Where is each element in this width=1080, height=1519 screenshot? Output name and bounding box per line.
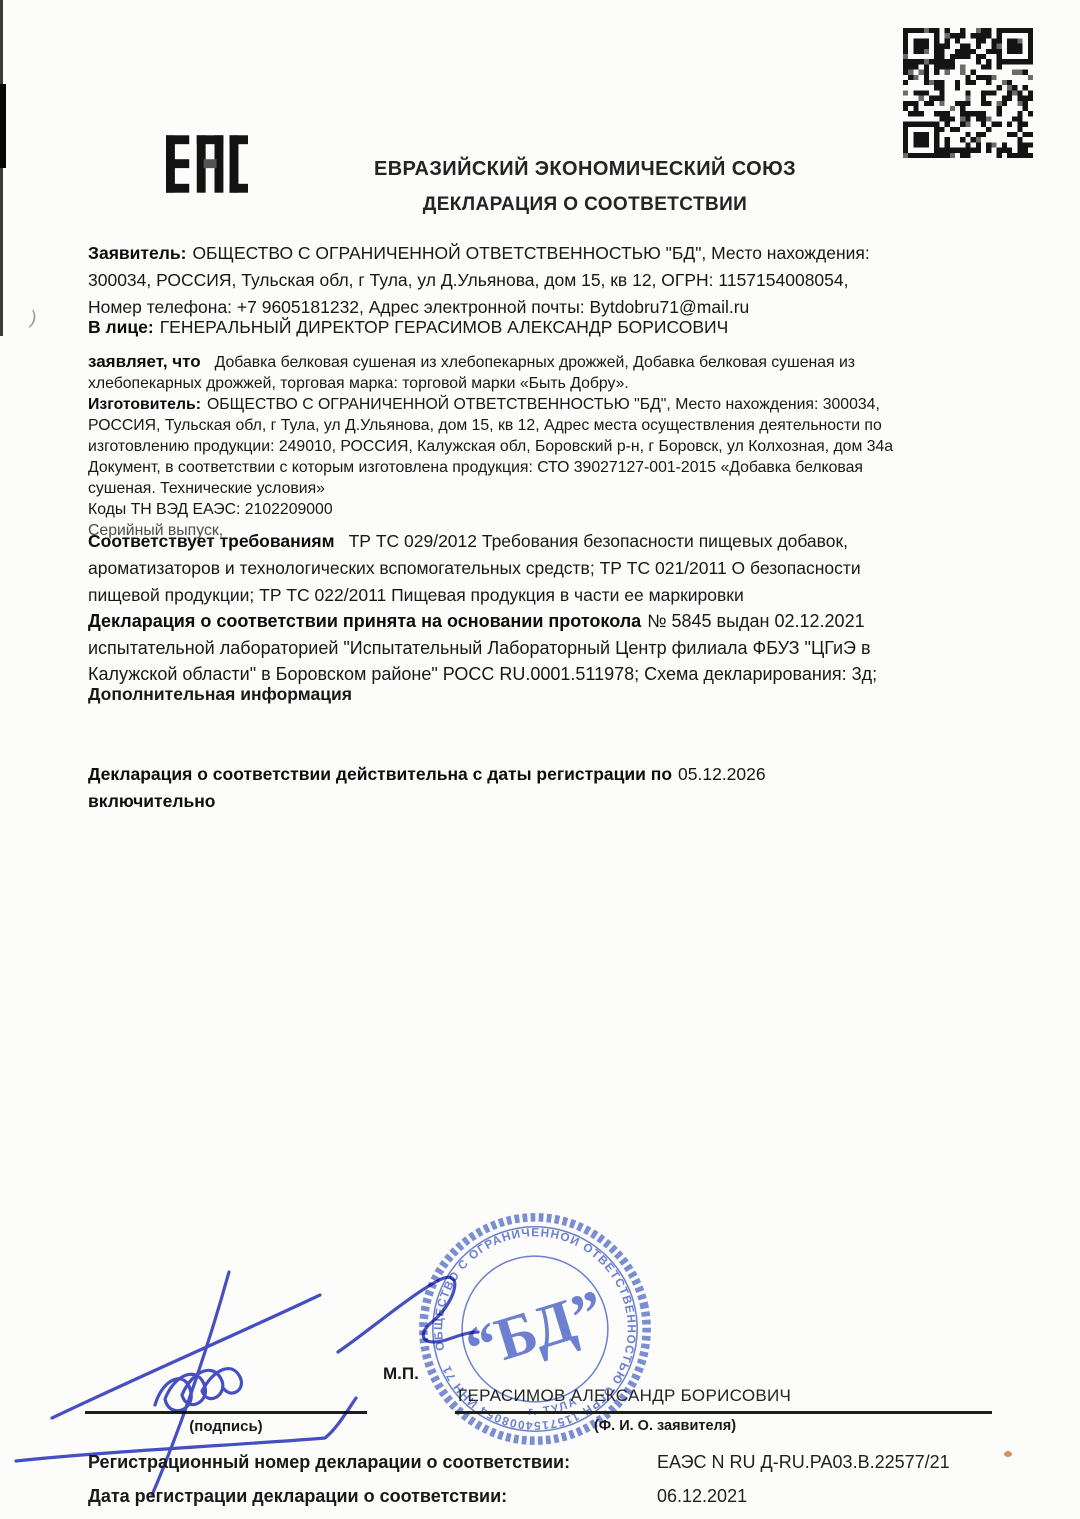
declarant-name: ГЕРАСИМОВ АЛЕКСАНДР БОРИСОВИЧ xyxy=(458,1386,1018,1406)
declares-label: заявляет, что xyxy=(88,352,201,371)
scan-speck xyxy=(1004,1451,1012,1457)
person-paragraph: В лице:ГЕНЕРАЛЬНЫЙ ДИРЕКТОР ГЕРАСИМОВ АЛ… xyxy=(88,314,988,340)
tnved-codes-line: Коды ТН ВЭД ЕАЭС: 2102209000 xyxy=(88,499,904,520)
basis-label: Декларация о соответствии принята на осн… xyxy=(88,611,641,631)
registration-number-value: ЕАЭС N RU Д-RU.РА03.В.22577/21 xyxy=(657,1452,950,1473)
basis-paragraph: Декларация о соответствии принята на осн… xyxy=(88,608,888,688)
product-line: заявляет, чтоДобавка белковая сушеная из… xyxy=(88,351,904,394)
additional-info-label: Дополнительная информация xyxy=(88,684,988,705)
conformity-paragraph: Соответствует требованиямТР ТС 029/2012 … xyxy=(88,528,933,609)
document-subtitle: ДЕКЛАРАЦИЯ О СООТВЕТСТВИИ xyxy=(90,194,1080,216)
handwritten-signature xyxy=(0,1248,520,1519)
applicant-paragraph: Заявитель:ОБЩЕСТВО С ОГРАНИЧЕННОЙ ОТВЕТС… xyxy=(88,240,900,321)
scan-edge-artifact xyxy=(0,0,3,336)
manufacturer-text: ОБЩЕСТВО С ОГРАНИЧЕННОЙ ОТВЕТСТВЕННОСТЬЮ… xyxy=(88,396,893,455)
validity-label: Декларация о соответствии действительна … xyxy=(88,764,672,784)
production-document-line: Документ, в соответствии с которым изгот… xyxy=(88,457,904,499)
person-label: В лице: xyxy=(88,317,154,337)
qr-code xyxy=(903,28,1033,158)
declaration-subject-block: заявляет, чтоДобавка белковая сушеная из… xyxy=(88,351,904,541)
registration-date-value: 06.12.2021 xyxy=(657,1486,747,1507)
registration-date-label: Дата регистрации декларации о соответств… xyxy=(88,1486,507,1507)
validity-paragraph: Декларация о соответствии действительна … xyxy=(88,761,868,815)
person-text: ГЕНЕРАЛЬНЫЙ ДИРЕКТОР ГЕРАСИМОВ АЛЕКСАНДР… xyxy=(160,317,729,337)
applicant-text: ОБЩЕСТВО С ОГРАНИЧЕННОЙ ОТВЕТСТВЕННОСТЬЮ… xyxy=(88,243,870,317)
registration-number-label: Регистрационный номер декларации о соотв… xyxy=(88,1452,570,1473)
scan-edge-artifact-dark xyxy=(0,84,6,168)
validity-date: 05.12.2026 xyxy=(678,764,766,784)
conformity-label: Соответствует требованиям xyxy=(88,531,335,551)
validity-suffix: включительно xyxy=(88,788,868,815)
applicant-label: Заявитель: xyxy=(88,243,186,263)
manufacturer-line: Изготовитель:ОБЩЕСТВО С ОГРАНИЧЕННОЙ ОТВ… xyxy=(88,394,904,457)
page-title: ЕВРАЗИЙСКИЙ ЭКОНОМИЧЕСКИЙ СОЮЗ xyxy=(90,158,1080,181)
fio-line xyxy=(455,1411,992,1414)
scan-pen-mark: ) xyxy=(28,308,39,331)
product-text: Добавка белковая сушеная из хлебопекарны… xyxy=(88,354,855,392)
manufacturer-label: Изготовитель: xyxy=(88,396,201,413)
